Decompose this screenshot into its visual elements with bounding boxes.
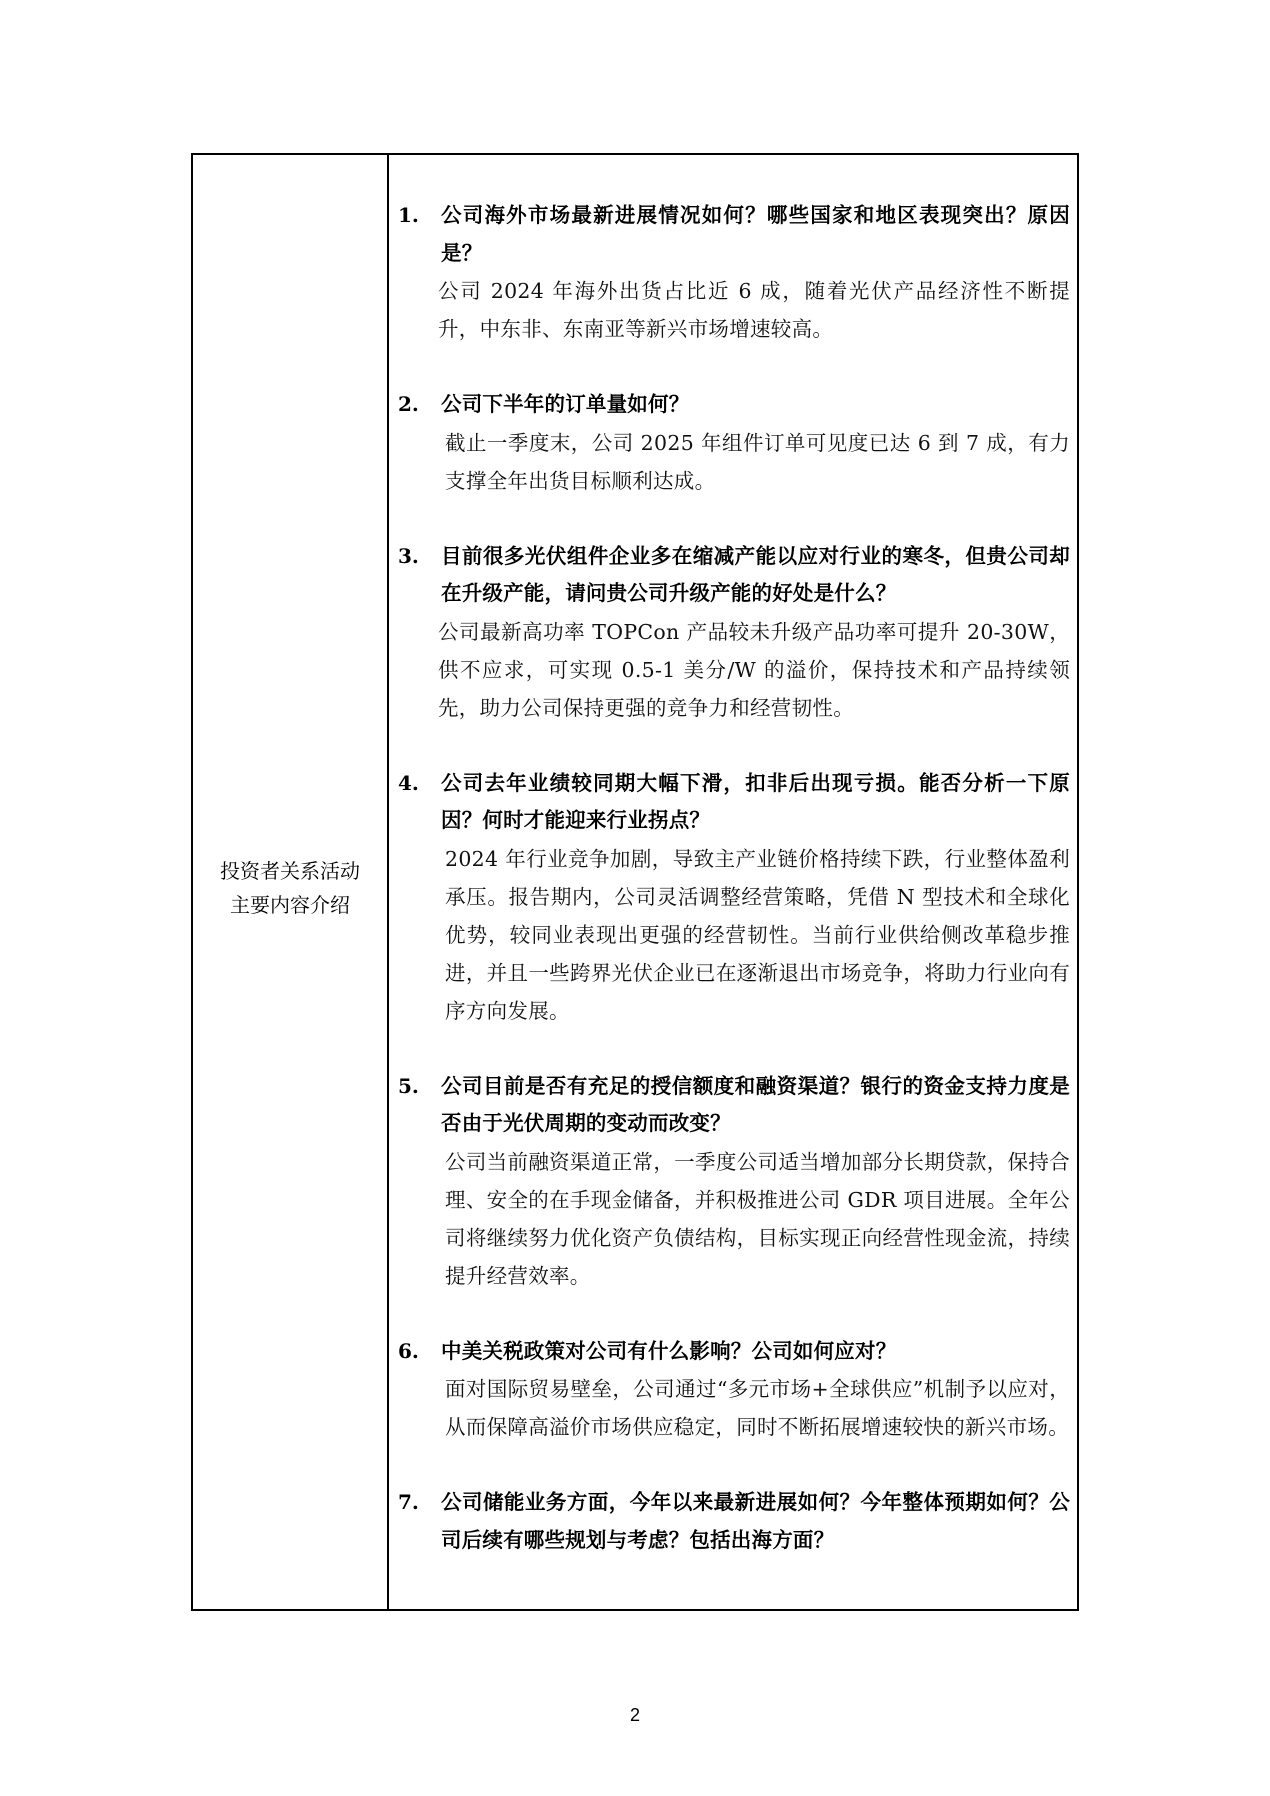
qa-question: 公司去年业绩较同期大幅下滑，扣非后出现亏损。能否分析一下原因？何时才能迎来行业拐…: [441, 765, 1070, 840]
qa-number: 6.: [398, 1333, 419, 1371]
qa-question: 中美关税政策对公司有什么影响？公司如何应对？: [441, 1333, 1070, 1371]
qa-answer: 面对国际贸易壁垒，公司通过“多元市场+全球供应”机制予以应对，从而保障高溢价市场…: [445, 1370, 1070, 1446]
qa-question: 公司储能业务方面，今年以来最新进展如何？今年整体预期如何？公司后续有哪些规划与考…: [441, 1484, 1070, 1559]
row-label: 投资者关系活动 主要内容介绍: [220, 854, 360, 922]
qa-answer: 2024 年行业竞争加剧，导致主产业链价格持续下跌，行业整体盈利承压。报告期内，…: [445, 840, 1070, 1030]
qa-number: 1.: [398, 197, 419, 235]
qa-content-cell: 1. 公司海外市场最新进展情况如何？哪些国家和地区表现突出？原因是？ 公司 20…: [389, 155, 1077, 1609]
qa-item-2: 2. 公司下半年的订单量如何？ 截止一季度末，公司 2025 年组件订单可见度已…: [398, 386, 1070, 500]
qa-number: 3.: [398, 538, 419, 576]
qa-list: 1. 公司海外市场最新进展情况如何？哪些国家和地区表现突出？原因是？ 公司 20…: [398, 197, 1070, 1597]
qa-item-7: 7. 公司储能业务方面，今年以来最新进展如何？今年整体预期如何？公司后续有哪些规…: [398, 1484, 1070, 1559]
qa-question: 公司下半年的订单量如何？: [441, 386, 1070, 424]
qa-answer: 公司 2024 年海外出货占比近 6 成，随着光伏产品经济性不断提升，中东非、东…: [438, 272, 1070, 348]
qa-answer: 公司当前融资渠道正常，一季度公司适当增加部分长期贷款，保持合理、安全的在手现金储…: [445, 1143, 1070, 1295]
qa-item-5: 5. 公司目前是否有充足的授信额度和融资渠道？银行的资金支持力度是否由于光伏周期…: [398, 1068, 1070, 1295]
qa-number: 4.: [398, 765, 419, 803]
investor-relations-table: 投资者关系活动 主要内容介绍 1. 公司海外市场最新进展情况如何？哪些国家和地区…: [191, 153, 1079, 1611]
qa-question: 目前很多光伏组件企业多在缩减产能以应对行业的寒冬，但贵公司却在升级产能，请问贵公…: [441, 538, 1070, 613]
page-number: 2: [0, 1705, 1270, 1726]
qa-answer: 截止一季度末，公司 2025 年组件订单可见度已达 6 到 7 成，有力支撑全年…: [445, 424, 1070, 500]
qa-number: 5.: [398, 1068, 419, 1106]
qa-answer: 公司最新高功率 TOPCon 产品较未升级产品功率可提升 20-30W，供不应求…: [438, 613, 1070, 727]
qa-item-3: 3. 目前很多光伏组件企业多在缩减产能以应对行业的寒冬，但贵公司却在升级产能，请…: [398, 538, 1070, 727]
qa-number: 7.: [398, 1484, 419, 1522]
qa-item-4: 4. 公司去年业绩较同期大幅下滑，扣非后出现亏损。能否分析一下原因？何时才能迎来…: [398, 765, 1070, 1030]
row-label-line-1: 投资者关系活动: [220, 854, 360, 888]
qa-number: 2.: [398, 386, 419, 424]
qa-question: 公司海外市场最新进展情况如何？哪些国家和地区表现突出？原因是？: [441, 197, 1070, 272]
qa-item-1: 1. 公司海外市场最新进展情况如何？哪些国家和地区表现突出？原因是？ 公司 20…: [398, 197, 1070, 348]
qa-item-6: 6. 中美关税政策对公司有什么影响？公司如何应对？ 面对国际贸易壁垒，公司通过“…: [398, 1333, 1070, 1447]
qa-question: 公司目前是否有充足的授信额度和融资渠道？银行的资金支持力度是否由于光伏周期的变动…: [441, 1068, 1070, 1143]
row-label-line-2: 主要内容介绍: [220, 888, 360, 922]
row-label-cell: 投资者关系活动 主要内容介绍: [193, 155, 389, 1609]
